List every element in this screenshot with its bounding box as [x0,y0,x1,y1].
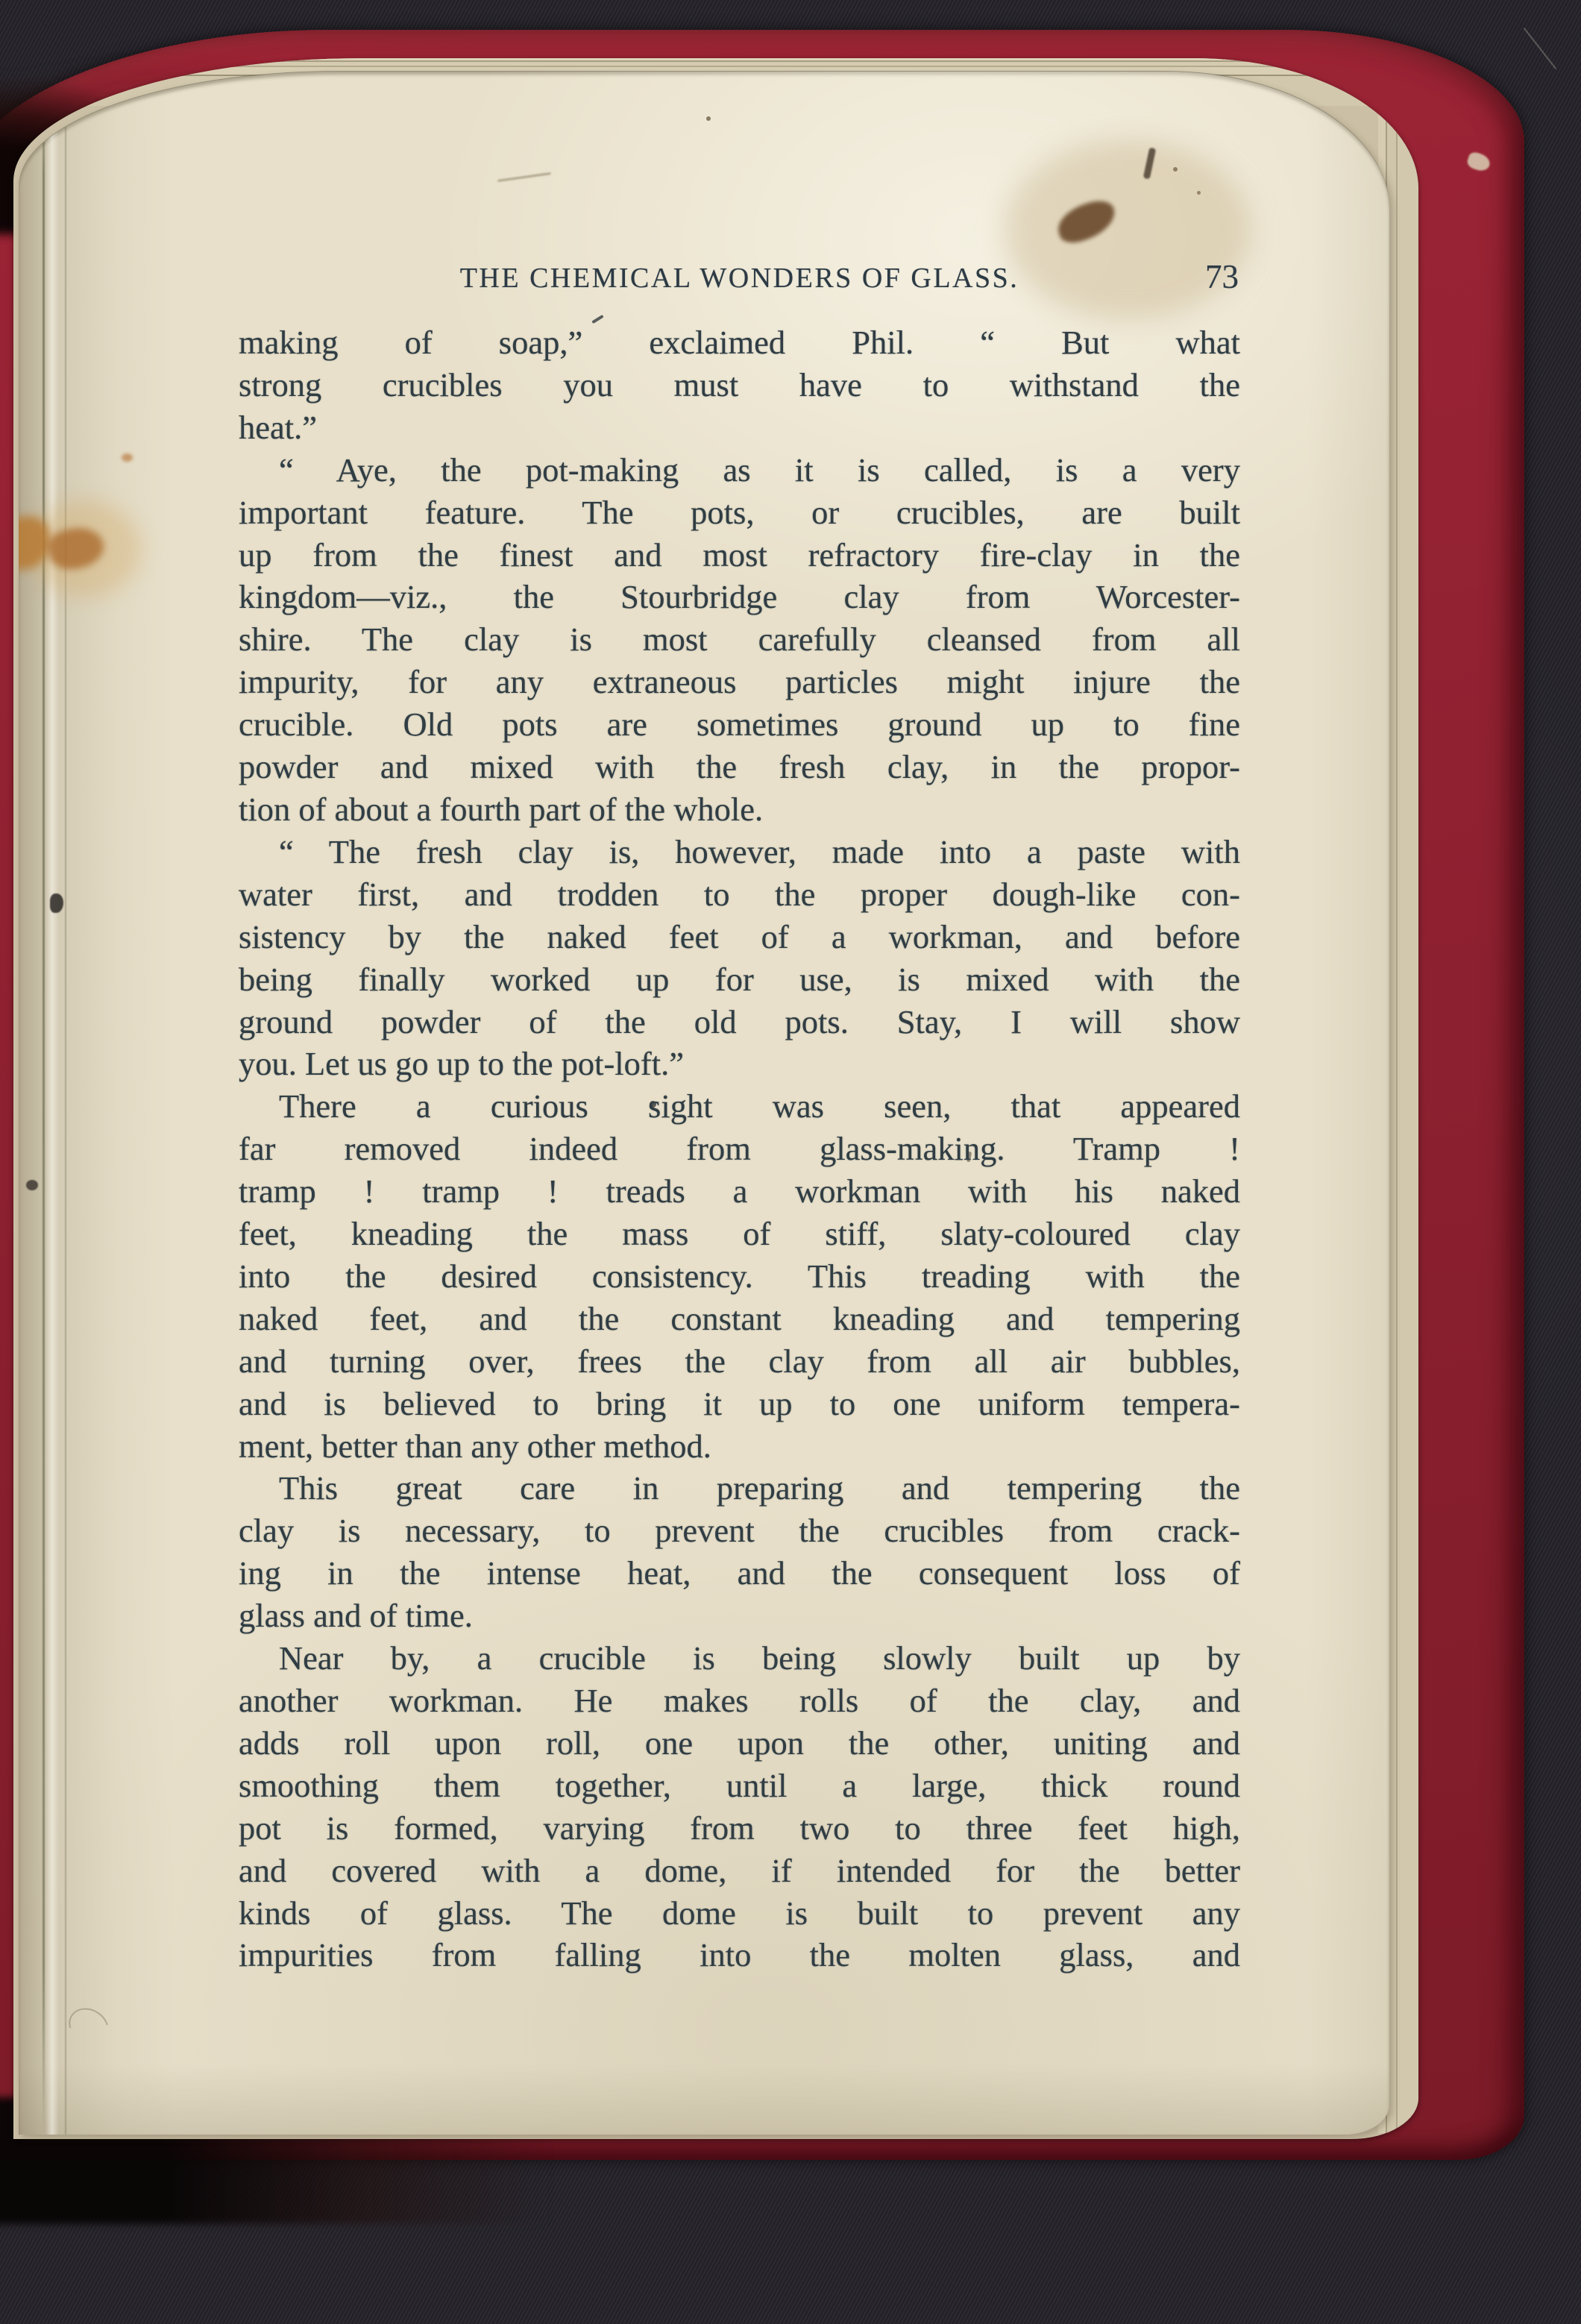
paper-speck [706,116,711,121]
gutter-crease-line [43,72,45,2135]
text-line: ing in the intense heat, and the consequ… [239,1552,1240,1595]
page-body-text: making of soap,” exclaimed Phil. “ But w… [239,321,1240,1976]
text-line: strong crucibles you must have to withst… [239,364,1240,406]
text-line: “ Aye, the pot-making as it is called, i… [239,449,1240,492]
text-line: pot is formed, varying from two to three… [239,1807,1240,1850]
background-fiber [1524,28,1557,69]
text-line: you. Let us go up to the pot-loft.” [239,1043,1240,1085]
text-line: water first, and trodden to the proper d… [239,873,1240,916]
ink-smudge [1053,196,1120,247]
text-line: another workman. He makes rolls of the c… [239,1680,1240,1722]
smudge-speck [1173,167,1178,172]
page-number: 73 [1205,256,1239,298]
paragraph: “ The fresh clay is, however, made into … [239,831,1240,1085]
text-line: and turning over, frees the clay from al… [239,1340,1240,1383]
gutter-crease-highlight [45,72,59,2135]
text-line: being finally worked up for use, is mixe… [239,958,1240,1001]
text-line: naked feet, and the constant kneading an… [239,1298,1240,1340]
smudge-dash [1143,148,1157,180]
page-header: THE CHEMICAL WONDERS OF GLASS. 73 [239,257,1240,299]
text-line: and covered with a dome, if intended for… [239,1850,1240,1892]
text-line: impurities from falling into the molten … [239,1934,1240,1976]
text-line: shire. The clay is most carefully cleans… [239,618,1240,661]
book-scan-photo: THE CHEMICAL WONDERS OF GLASS. 73 making… [0,0,1581,2324]
text-line: and is believed to bring it up to one un… [239,1383,1240,1425]
text-line: heat.” [239,406,1240,449]
text-line: far removed indeed from glass-making. Tr… [239,1128,1240,1170]
text-line: There a curious sight was seen, that app… [239,1085,1240,1128]
text-line: into the desired consistency. This tread… [239,1255,1240,1298]
gutter-crease-line-2 [65,72,66,2135]
text-line: powder and mixed with the fresh clay, in… [239,746,1240,788]
ink-speck [26,1180,38,1190]
text-line: impurity, for any extraneous particles m… [239,661,1240,703]
paragraph: Near by, a crucible is being slowly buil… [239,1637,1240,1976]
paper-fiber [62,2001,116,2053]
paragraph: making of soap,” exclaimed Phil. “ But w… [239,321,1240,449]
text-line: adds roll upon roll, one upon the other,… [239,1722,1240,1765]
text-line: kingdom—viz., the Stourbridge clay from … [239,576,1240,618]
text-line: ground powder of the old pots. Stay, I w… [239,1001,1240,1043]
text-line: important feature. The pots, or crucible… [239,492,1240,534]
text-line: up from the finest and most refractory f… [239,534,1240,577]
text-column: THE CHEMICAL WONDERS OF GLASS. 73 making… [239,257,1240,1976]
paragraph: This great care in preparing and temperi… [239,1467,1240,1637]
text-line: crucible. Old pots are sometimes ground … [239,703,1240,746]
text-line: Near by, a crucible is being slowly buil… [239,1637,1240,1680]
paragraph: “ Aye, the pot-making as it is called, i… [239,449,1240,831]
text-line: glass and of time. [239,1595,1240,1637]
smudge-speck [1197,191,1201,195]
paper-scratch [497,172,551,182]
text-line: “ The fresh clay is, however, made into … [239,831,1240,873]
text-line: clay is necessary, to prevent the crucib… [239,1510,1240,1552]
text-line: kinds of glass. The dome is built to pre… [239,1892,1240,1935]
stain-dot [122,453,133,462]
text-line: This great care in preparing and temperi… [239,1467,1240,1510]
text-line: making of soap,” exclaimed Phil. “ But w… [239,321,1240,364]
paragraph: There a curious sight was seen, that app… [239,1085,1240,1467]
text-line: feet, kneading the mass of stiff, slaty-… [239,1213,1240,1255]
text-line: ment, better than any other method. [239,1425,1240,1468]
text-line: sistency by the naked feet of a workman,… [239,916,1240,958]
running-title: THE CHEMICAL WONDERS OF GLASS. [239,257,1240,299]
text-line: tion of about a fourth part of the whole… [239,788,1240,831]
text-line: tramp ! tramp ! treads a workman with hi… [239,1170,1240,1213]
text-line: smoothing them together, until a large, … [239,1765,1240,1807]
